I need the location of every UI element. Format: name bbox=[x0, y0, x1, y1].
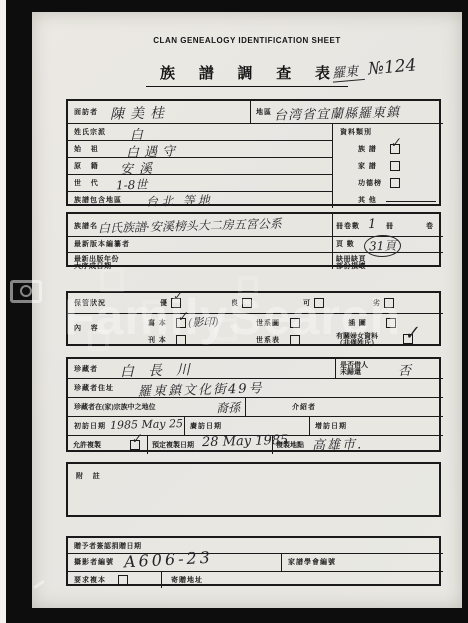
address-value: 羅東鎮文化街49号 bbox=[138, 377, 264, 399]
pedigree-table-checkbox bbox=[290, 335, 300, 345]
grade-excellent-check-icon: ✓ bbox=[171, 289, 184, 303]
notes-table: 附 註 bbox=[66, 462, 441, 517]
damage-label: 部份損壞 bbox=[336, 262, 366, 270]
grade-good-checkbox bbox=[242, 298, 252, 308]
first-visit-value: 1985 May 25 bbox=[110, 417, 183, 432]
manuscript-note: (影印) bbox=[188, 314, 219, 331]
interviewer-value: 陳美桂 bbox=[110, 102, 171, 124]
holder-label: 珍藏者 bbox=[74, 365, 98, 373]
photographer-label: 攝影者編號 bbox=[74, 558, 114, 566]
pages-value: 31頁 bbox=[364, 235, 402, 258]
photographer-no-value: A606-23 bbox=[124, 548, 214, 572]
category-zupu-check-icon: ✓ bbox=[389, 136, 402, 150]
grade-poor-checkbox bbox=[384, 298, 394, 308]
scanned-genealogy-sheet: CLAN GENEALOGY IDENTIFICATION SHEET 族 譜 … bbox=[0, 0, 468, 623]
introducer-label: 介紹者 bbox=[292, 403, 316, 411]
origin-label: 原 籍 bbox=[74, 162, 102, 170]
notes-label: 附 註 bbox=[76, 472, 104, 480]
category-other-blank bbox=[386, 193, 436, 202]
permission-check-icon: ✓ bbox=[130, 432, 143, 446]
position-label: 珍藏者在(家)宗族中之地位 bbox=[74, 403, 156, 411]
pages-label: 頁 數 bbox=[336, 240, 355, 248]
condition-label: 保管狀況 bbox=[74, 299, 106, 307]
copy-place-label: 複製地點 bbox=[276, 441, 304, 449]
genealogy-name-value: 白氏族譜·安溪榜头大二房五宮公系 bbox=[98, 215, 282, 237]
society-label: 家譜學會編號 bbox=[288, 558, 336, 566]
printed-label: 刊 本 bbox=[148, 336, 167, 344]
volumes-label: 冊卷數 bbox=[336, 222, 360, 230]
second-visit-label: 賡訪日期 bbox=[190, 422, 222, 430]
copy-request-label: 要求複本 bbox=[74, 576, 106, 584]
form-paper: CLAN GENEALOGY IDENTIFICATION SHEET 族 譜 … bbox=[32, 12, 462, 608]
survey-table: 面訪者 陳美桂 地區 台湾省宜蘭縣羅東鎮 姓氏宗派 白 始 祖 白遇守 原 籍 … bbox=[66, 99, 441, 206]
women-data-sublabel: （非僅姓氏） bbox=[336, 339, 378, 347]
first-ancestor-label: 始 祖 bbox=[74, 145, 102, 153]
pedigree-chart-label: 世系圖 bbox=[256, 319, 280, 327]
generations-label: 世 代 bbox=[74, 179, 102, 187]
category-other-label: 其 他 bbox=[358, 196, 377, 204]
editor-label: 最新版本編纂者 bbox=[74, 240, 130, 248]
address-label: 珍藏者住址 bbox=[74, 384, 114, 392]
volumes-unit-ce: 冊 bbox=[386, 222, 394, 230]
manuscript-label: 寫 本 bbox=[148, 319, 167, 327]
surname-label: 姓氏宗派 bbox=[74, 128, 106, 136]
lent-value: 否 bbox=[398, 360, 412, 379]
holder-value: 白長川 bbox=[120, 359, 204, 381]
category-label: 資料類別 bbox=[340, 128, 372, 136]
interviewer-label: 面訪者 bbox=[74, 108, 98, 116]
generations-value: 1-8世 bbox=[116, 176, 148, 194]
condition-table: 保管狀況 優 ✓ 良 可 劣 內 容 寫 本 ✓ (影印) 世系圖 插 圖 刊 … bbox=[66, 291, 441, 346]
category-gongdebang-checkbox bbox=[390, 178, 400, 188]
office-table: 贈予者簽認捐贈日期 攝影者編號 A606-23 家譜學會編號 要求複本 ✓ 寄贈… bbox=[66, 536, 441, 586]
women-data-check-icon: ✓ bbox=[403, 324, 420, 344]
category-zupu-label: 族 譜 bbox=[358, 145, 377, 153]
permission-label: 允許複製 bbox=[73, 441, 101, 449]
holder-table: 珍藏者 白長川 是否借人 未歸還 否 珍藏者住址 羅東鎮文化街49号 珍藏者在(… bbox=[66, 357, 441, 452]
category-jiapu-checkbox bbox=[390, 161, 400, 171]
grade-good-label: 良 bbox=[231, 299, 239, 307]
genealogy-name-label: 族譜名 bbox=[74, 222, 98, 230]
third-visit-label: 增訪日期 bbox=[315, 422, 347, 430]
coverage-value: 台北 等地 bbox=[146, 191, 213, 210]
first-visit-label: 初訪日期 bbox=[74, 422, 106, 430]
area-label: 地區 bbox=[256, 108, 272, 116]
area-value: 台湾省宜蘭縣羅東鎮 bbox=[274, 101, 400, 123]
content-label: 內 容 bbox=[74, 324, 102, 332]
film-edge bbox=[0, 0, 6, 623]
pedigree-table-label: 世系表 bbox=[256, 336, 280, 344]
volumes-value: 1 bbox=[368, 217, 377, 232]
grade-excellent-label: 優 bbox=[160, 299, 168, 307]
ref-place: 羅東 bbox=[332, 64, 365, 83]
mail-label: 寄贈地址 bbox=[171, 576, 203, 584]
volumes-unit-juan: 卷 bbox=[426, 222, 434, 230]
position-value: 裔孫 bbox=[216, 399, 240, 417]
illustrations-label: 插 圖 bbox=[348, 319, 367, 327]
origin-value: 安溪 bbox=[120, 158, 158, 178]
surname-value: 白 bbox=[130, 124, 144, 143]
illustrations-checkbox bbox=[386, 318, 396, 328]
grade-fair-label: 可 bbox=[303, 299, 311, 307]
pedigree-chart-checkbox bbox=[290, 318, 300, 328]
copy-place-value: 高雄市. bbox=[312, 433, 364, 453]
grade-fair-checkbox bbox=[314, 298, 324, 308]
lent-label-line2: 未歸還 bbox=[340, 368, 361, 376]
copy-request-checkbox bbox=[118, 575, 128, 585]
ref-number: №124 bbox=[367, 55, 417, 79]
form-title-text: 族 譜 調 查 表 bbox=[146, 62, 348, 87]
category-gongdebang-label: 功德榜 bbox=[358, 179, 382, 187]
category-jiapu-label: 家 譜 bbox=[358, 162, 377, 170]
manuscript-check-icon: ✓ bbox=[176, 310, 189, 324]
printed-checkbox bbox=[176, 335, 186, 345]
copy-date-label: 預定複製日期 bbox=[152, 441, 194, 449]
genealogy-table: 族譜名 白氏族譜·安溪榜头大二房五宮公系 冊卷數 1 冊 卷 最新版本編纂者 頁… bbox=[66, 212, 441, 267]
coverage-label: 族譜包含地區 bbox=[74, 196, 122, 204]
grade-poor-label: 劣 bbox=[373, 299, 381, 307]
donation-label: 贈予者簽認捐贈日期 bbox=[74, 542, 142, 550]
preface-date-label: 大序成日期 bbox=[74, 262, 112, 270]
sheet-title: CLAN GENEALOGY IDENTIFICATION SHEET bbox=[32, 36, 462, 45]
